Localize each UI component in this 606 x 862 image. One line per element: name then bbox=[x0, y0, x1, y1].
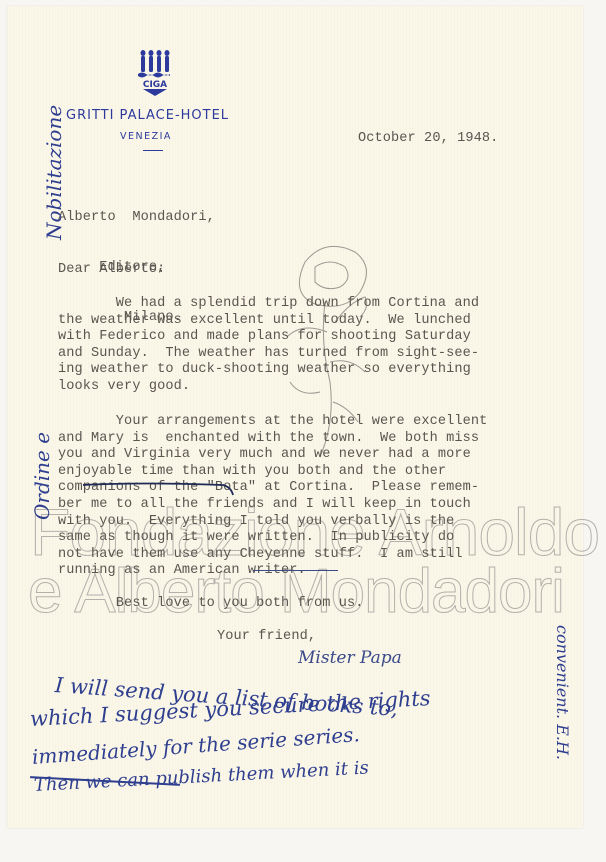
ciga-logo-icon: CIGA bbox=[135, 47, 175, 97]
handwritten-left-margin-bottom: Ordine e bbox=[30, 432, 54, 520]
paragraph-2: Your arrangements at the hotel were exce… bbox=[58, 414, 487, 580]
letterhead-rule bbox=[143, 150, 163, 151]
signature: Mister Papa bbox=[298, 648, 402, 668]
closing: Your friend, bbox=[217, 629, 316, 646]
handwritten-right-margin: convenient. E.H. bbox=[553, 625, 572, 760]
letter-date: October 20, 1948. bbox=[358, 131, 498, 148]
recipient-name: Alberto Mondadori, bbox=[58, 210, 215, 227]
handwritten-left-margin-top: Nobilitazione bbox=[42, 105, 66, 240]
paragraph-3: Best love to you both from us. bbox=[58, 596, 364, 613]
hotel-name: Gritti Palace-Hotel bbox=[66, 108, 229, 123]
svg-text:CIGA: CIGA bbox=[143, 80, 167, 90]
paragraph-1: We had a splendid trip down from Cortina… bbox=[58, 296, 479, 396]
hotel-city: Venezia bbox=[120, 131, 172, 142]
ink-underline-mark bbox=[81, 482, 237, 496]
cheyenne-underline bbox=[253, 570, 338, 571]
salutation: Dear Alberto: bbox=[58, 262, 165, 279]
